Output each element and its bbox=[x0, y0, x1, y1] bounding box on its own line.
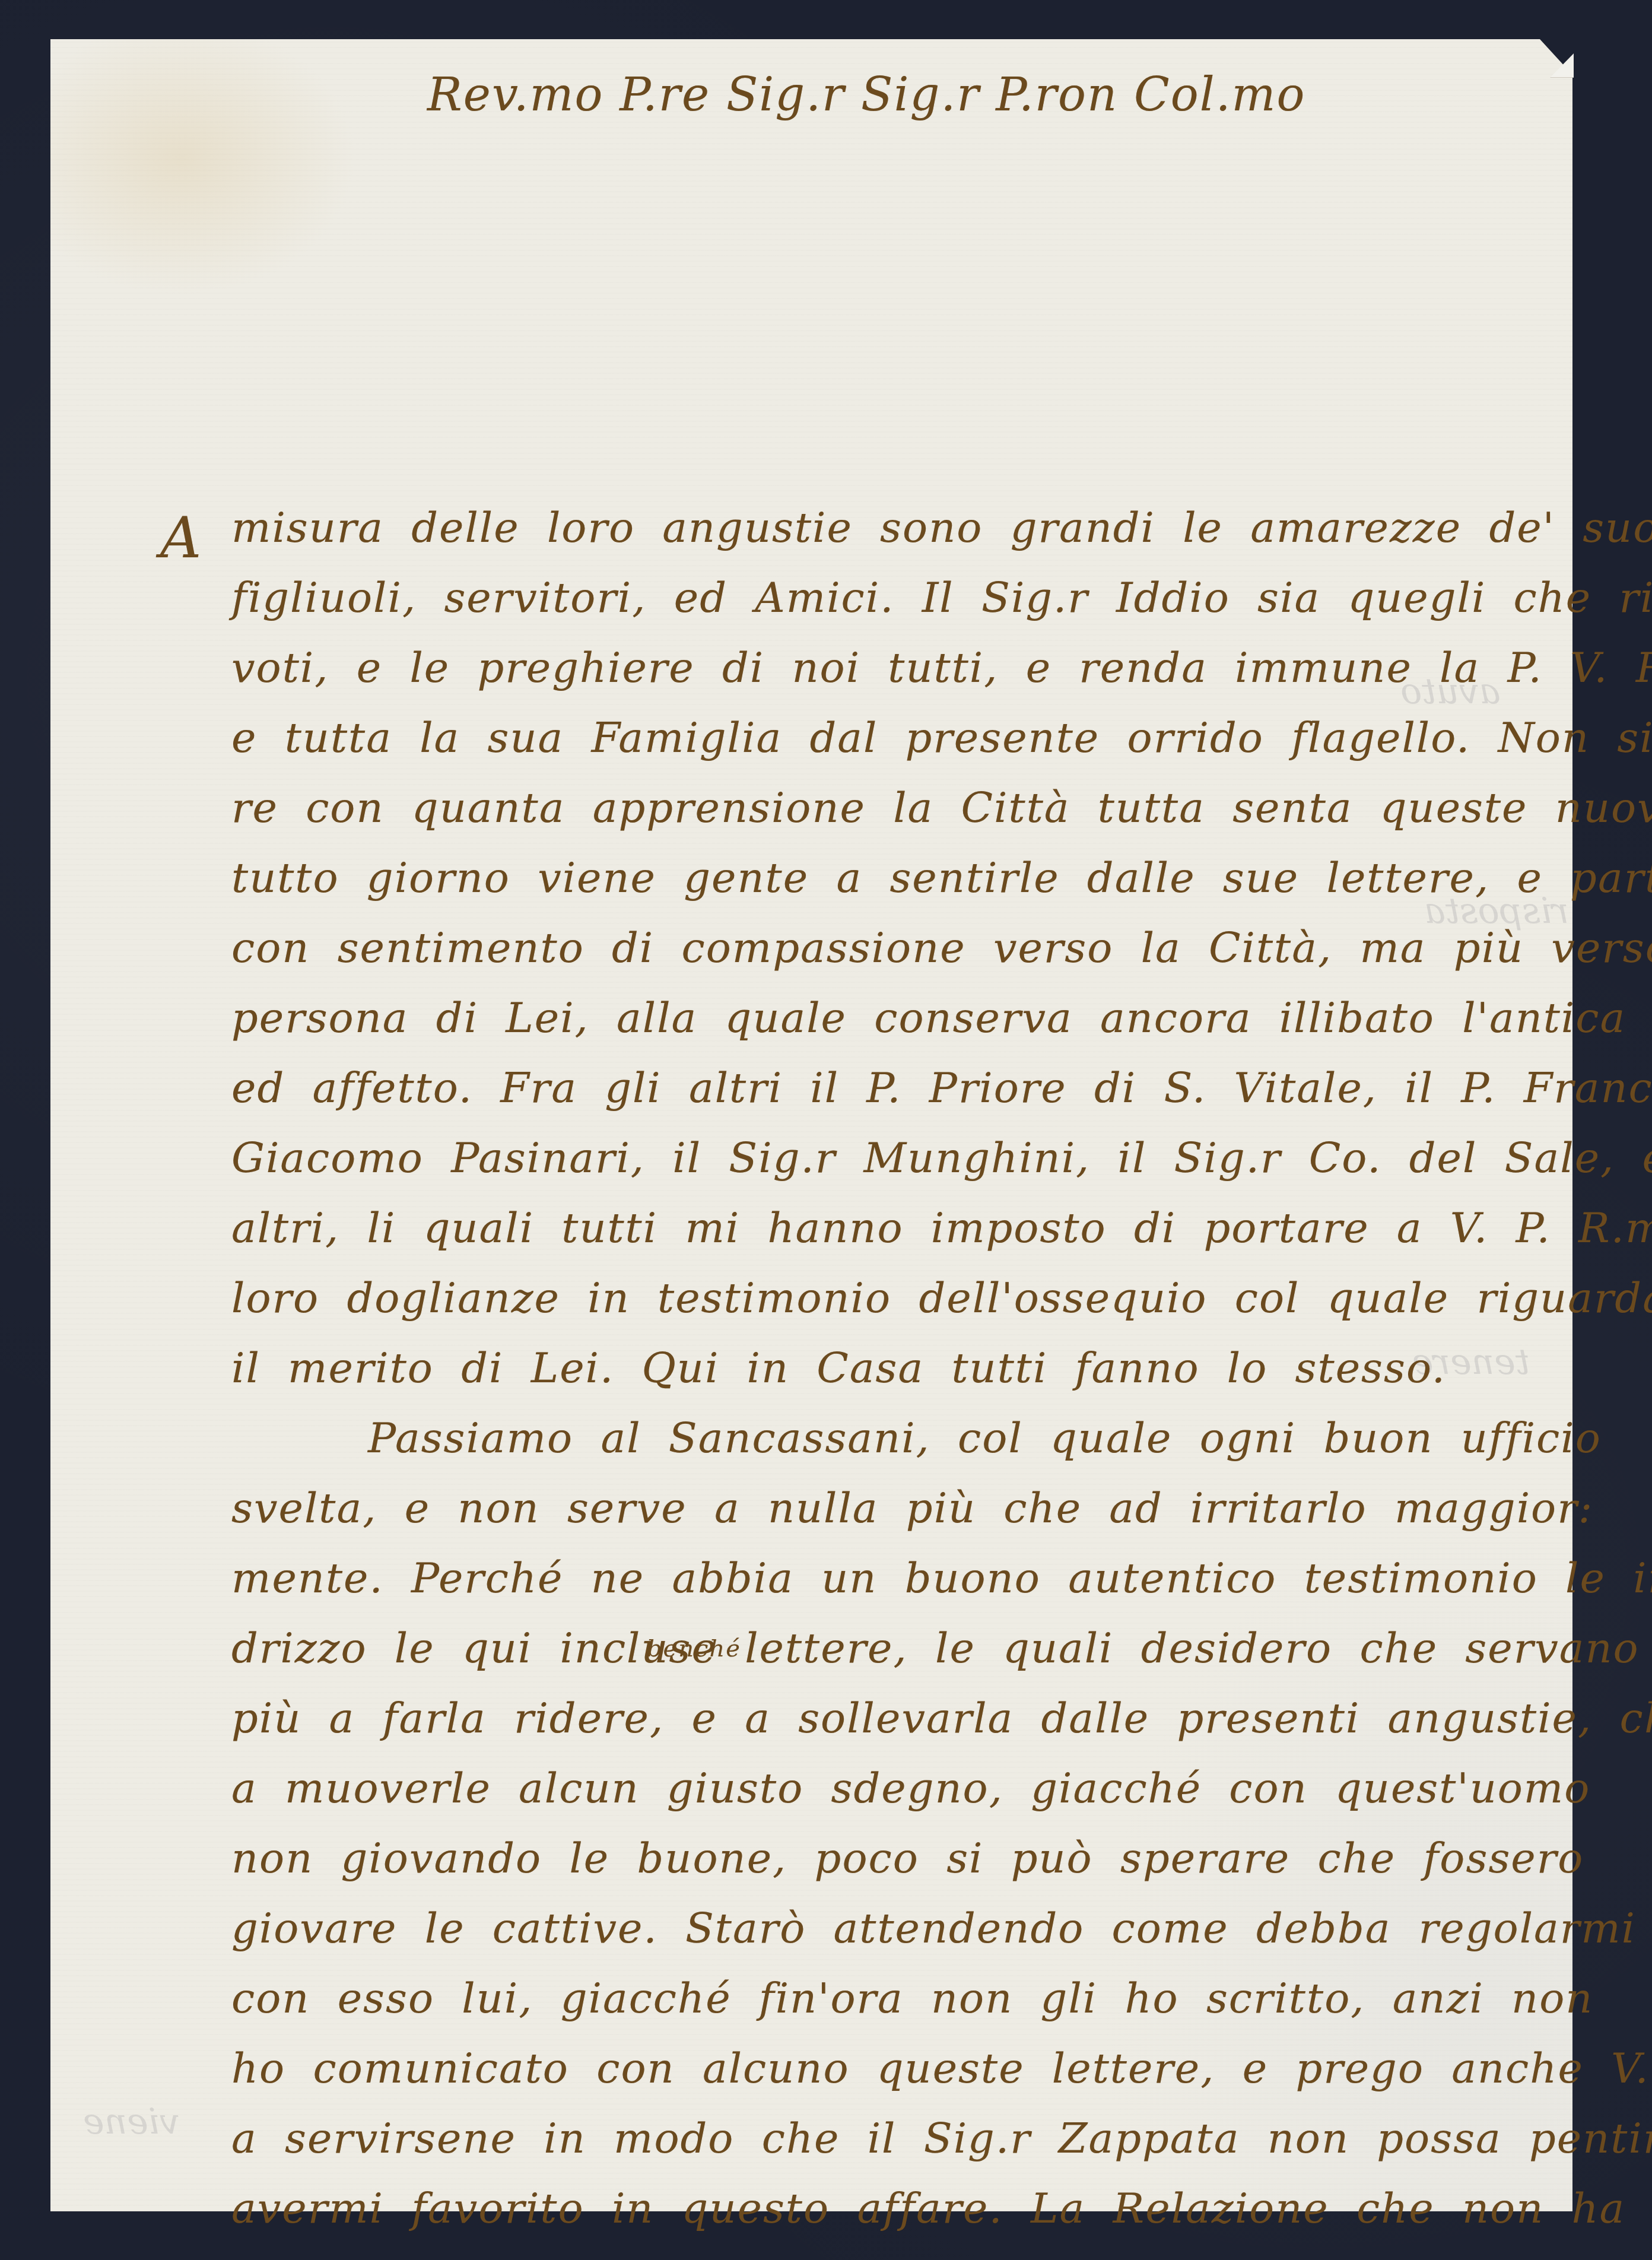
text-line: re con quanta apprensione la Città tutta… bbox=[231, 773, 1572, 843]
text-line: con esso lui, giacché fin'ora non gli ho… bbox=[231, 1963, 1572, 2033]
letter-body: A misura delle loro angustie sono grandi… bbox=[231, 493, 1572, 2243]
text-line: giovare le cattive. Starò attendendo com… bbox=[231, 1893, 1572, 1963]
text-line: voti, e le preghiere di noi tutti, e ren… bbox=[231, 633, 1572, 703]
text-line: svelta, e non serve a nulla più che ad i… bbox=[231, 1473, 1572, 1543]
text-line: con sentimento di compassione verso la C… bbox=[231, 913, 1572, 983]
text-line: loro doglianze in testimonio dell'ossequ… bbox=[231, 1263, 1572, 1333]
text-line: a muoverle alcun giusto sdegno, giacché … bbox=[231, 1753, 1572, 1823]
bleed-through-text: viene bbox=[83, 2101, 180, 2142]
text-line: Giacomo Pasinari, il Sig.r Munghini, il … bbox=[231, 1123, 1572, 1193]
text-line: mente. Perché ne abbia un buono autentic… bbox=[231, 1543, 1572, 1613]
text-line: drizzo le qui incluse lettere, le quali … bbox=[231, 1613, 1572, 1683]
text-line: più a farla ridere, e a sollevarla dalle… bbox=[231, 1683, 1572, 1753]
text-line: Passiamo al Sancassani, col quale ogni b… bbox=[231, 1403, 1572, 1473]
text-line: avermi favorito in questo affare. La Rel… bbox=[231, 2173, 1572, 2243]
interlinear-insertion: benché bbox=[647, 1635, 741, 1662]
text-line: figliuoli, servitori, ed Amici. Il Sig.r… bbox=[231, 563, 1572, 633]
text-line: persona di Lei, alla quale conserva anco… bbox=[231, 983, 1572, 1053]
text-line: ho comunicato con alcuno queste lettere,… bbox=[231, 2033, 1572, 2103]
text-line: e tutta la sua Famiglia dal presente orr… bbox=[231, 703, 1572, 773]
text-line: ed affetto. Fra gli altri il P. Priore d… bbox=[231, 1053, 1572, 1123]
text-line: non giovando le buone, poco si può spera… bbox=[231, 1823, 1572, 1893]
salutation: Rev.mo P.re Sig.r Sig.r P.ron Col.mo bbox=[427, 68, 1305, 122]
text-line: il merito di Lei. Qui in Casa tutti fann… bbox=[231, 1333, 1572, 1403]
text-line: a servirsene in modo che il Sig.r Zappat… bbox=[231, 2103, 1572, 2173]
text-line: tutto giorno viene gente a sentirle dall… bbox=[231, 843, 1572, 913]
text-line: altri, li quali tutti mi hanno imposto d… bbox=[231, 1193, 1572, 1263]
text-line: misura delle loro angustie sono grandi l… bbox=[231, 493, 1572, 563]
opening-initial: A bbox=[160, 504, 202, 571]
